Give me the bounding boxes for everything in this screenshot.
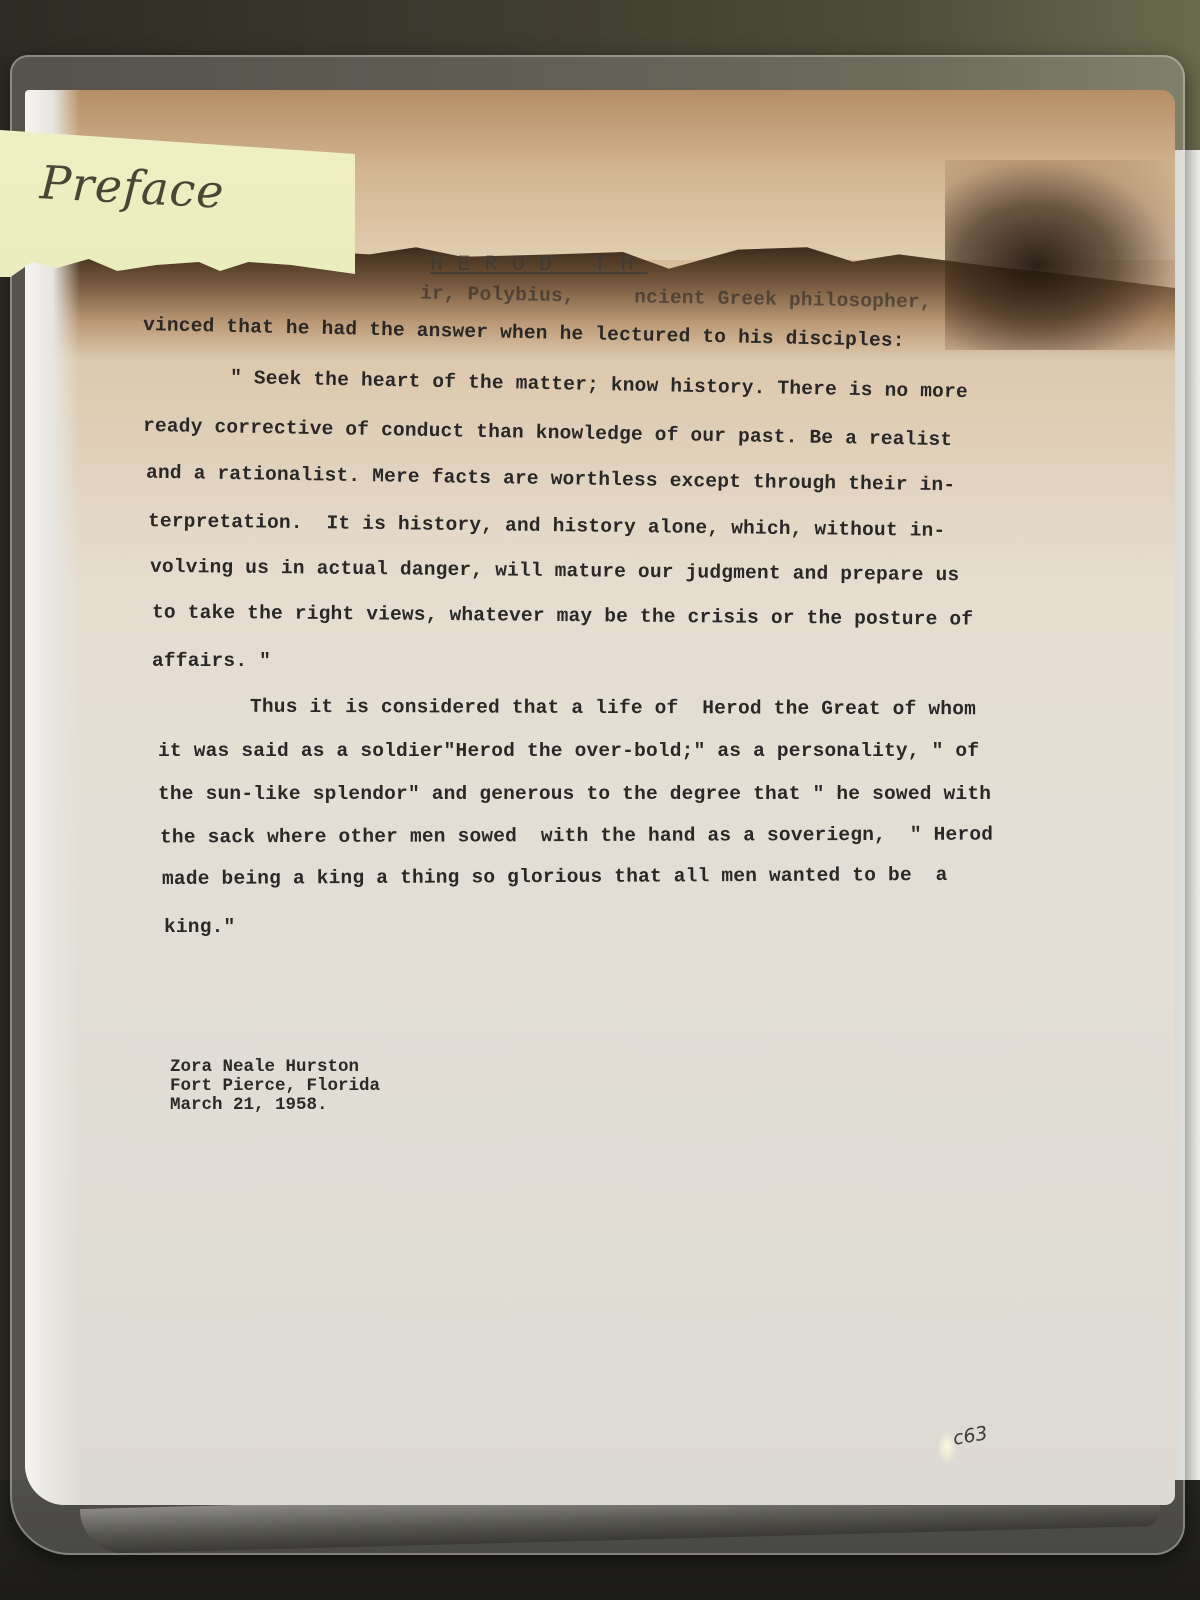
signature-block: Zora Neale Hurston Fort Pierce, Florida … — [170, 1058, 380, 1115]
burn-corner — [945, 160, 1175, 350]
text-line: Thus it is considered that a life of Her… — [250, 696, 976, 721]
text-line: affairs. " — [152, 650, 271, 672]
sticky-note-label: Preface — [39, 155, 226, 219]
signature-date: March 21, 1958. — [170, 1096, 380, 1115]
author-place: Fort Pierce, Florida — [170, 1077, 380, 1096]
text-line: king." — [164, 916, 235, 938]
page-edge — [25, 90, 80, 1505]
text-line: it was said as a soldier"Herod the over-… — [158, 740, 979, 762]
text-line: the sun-like splendor" and generous to t… — [158, 783, 991, 805]
document-title-fragment: HEROD TH — [430, 252, 648, 277]
author-name: Zora Neale Hurston — [170, 1058, 380, 1077]
text-line: the sack where other men sowed with the … — [160, 824, 993, 849]
text-line: made being a king a thing so glorious th… — [162, 864, 948, 890]
